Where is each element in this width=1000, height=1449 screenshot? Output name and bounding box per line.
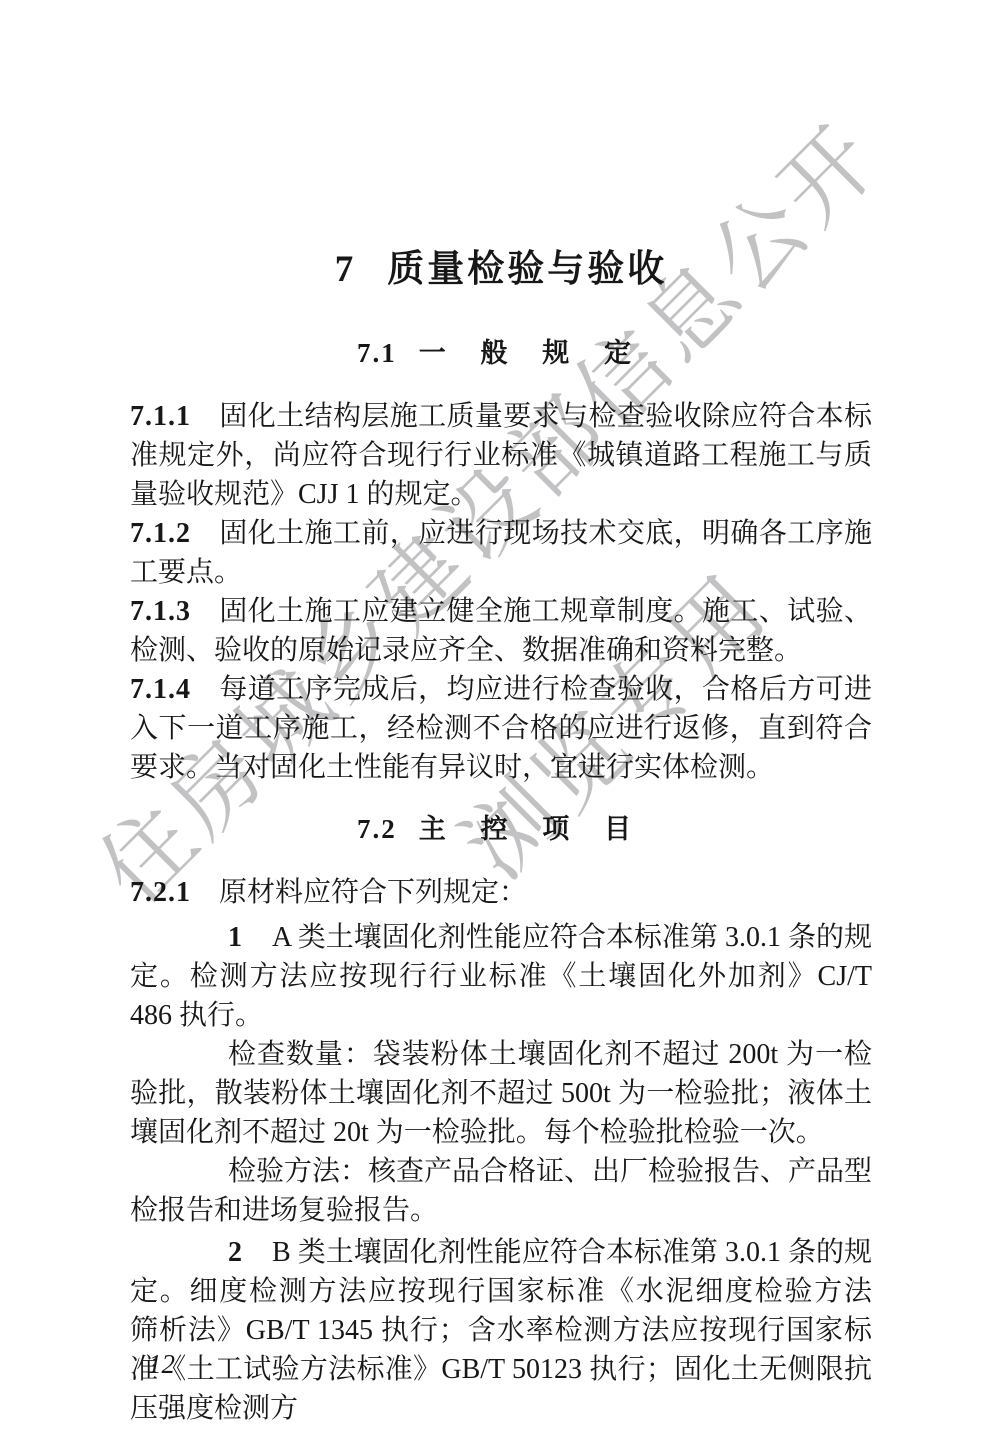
clause-7-1-2-label: 7.1.2 [130,518,219,549]
clause-7-1-4-label: 7.1.4 [130,674,219,705]
clause-7-1-1-text: 固化土结构层施工质量要求与检查验收除应符合本标准规定外，尚应符合现行行业标准《城… [130,401,872,510]
list-item-2-number: 2 [228,1237,272,1268]
clause-7-2-1: 7.2.1原材料应符合下列规定： [130,873,872,912]
clause-7-2-1-text: 原材料应符合下列规定： [219,877,527,908]
chapter-number: 7 [335,249,354,290]
paragraph-inspection-method-text: 检验方法：核查产品合格证、出厂检验报告、产品型检报告和进场复验报告。 [130,1156,872,1226]
section-7-1-number: 7.1 [357,338,397,368]
chapter-title: 质量检验与验收 [387,249,667,290]
clause-7-1-3-label: 7.1.3 [130,596,219,627]
clause-7-2-1-label: 7.2.1 [130,877,219,908]
document-page: 住房城乡建设部信息公开 浏览专用 7质量检验与验收 7.1一 般 规 定 7.1… [0,0,1000,1449]
chapter-heading: 7质量检验与验收 [130,248,872,292]
paragraph-inspection-quantity-text: 检查数量：袋装粉体土壤固化剂不超过 200t 为一检验批，散装粉体土壤固化剂不超… [130,1039,872,1148]
list-item-1: 1A 类土壤固化剂性能应符合本标准第 3.0.1 条的规定。检测方法应按现行行业… [130,918,872,1035]
list-item-2: 2B 类土壤固化剂性能应符合本标准第 3.0.1 条的规定。细度检测方法应按现行… [130,1233,872,1428]
clause-7-1-3: 7.1.3固化土施工应建立健全施工规章制度。施工、试验、检测、验收的原始记录应齐… [130,592,872,670]
clause-7-1-2: 7.1.2固化土施工前，应进行现场技术交底，明确各工序施工要点。 [130,514,872,592]
section-heading-7-2: 7.2主 控 项 目 [130,813,872,845]
clause-7-1-1: 7.1.1固化土结构层施工质量要求与检查验收除应符合本标准规定外，尚应符合现行行… [130,397,872,514]
section-7-2-title: 主 控 项 目 [419,814,645,844]
clause-7-1-1-label: 7.1.1 [130,401,219,432]
clause-7-1-2-text: 固化土施工前，应进行现场技术交底，明确各工序施工要点。 [130,518,872,588]
page-content: 7质量检验与验收 7.1一 般 规 定 7.1.1固化土结构层施工质量要求与检查… [130,0,872,1428]
page-number: 12 [148,1349,175,1380]
clause-7-1-4: 7.1.4每道工序完成后，均应进行检查验收，合格后方可进入下一道工序施工，经检测… [130,670,872,787]
clause-7-1-4-text: 每道工序完成后，均应进行检查验收，合格后方可进入下一道工序施工，经检测不合格的应… [130,674,872,783]
paragraph-inspection-method: 检验方法：核查产品合格证、出厂检验报告、产品型检报告和进场复验报告。 [130,1152,872,1230]
paragraph-inspection-quantity: 检查数量：袋装粉体土壤固化剂不超过 200t 为一检验批，散装粉体土壤固化剂不超… [130,1035,872,1152]
section-heading-7-1: 7.1一 般 规 定 [130,337,872,369]
section-7-2-number: 7.2 [357,814,397,844]
section-7-1-title: 一 般 规 定 [419,338,645,368]
clause-7-1-3-text: 固化土施工应建立健全施工规章制度。施工、试验、检测、验收的原始记录应齐全、数据准… [130,596,872,666]
list-item-1-number: 1 [228,922,272,953]
